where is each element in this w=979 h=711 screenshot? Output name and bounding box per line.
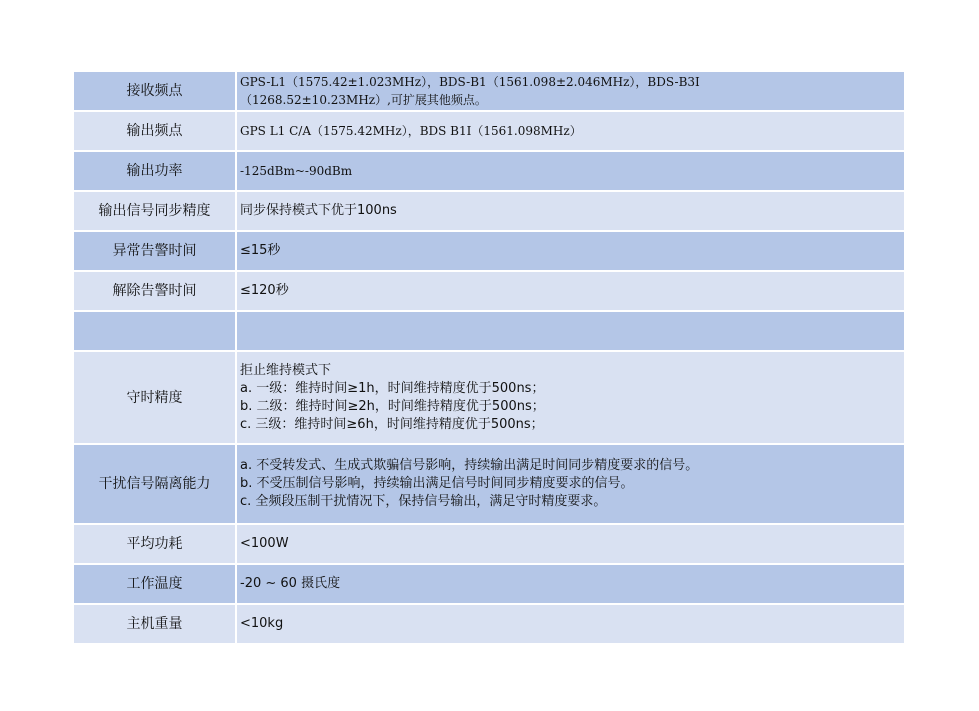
spec-value-line: a. 不受转发式、生成式欺骗信号影响，持续输出满足时间同步精度要求的信号。 [240,457,901,475]
spec-value-line: -20 ~ 60 摄氏度 [240,575,901,593]
spec-table: 接收频点 GPS-L1（1575.42±1.023MHz），BDS-B1（156… [72,70,906,645]
spec-label: 主机重量 [73,604,236,644]
spec-value-line: ≤120秒 [240,282,901,300]
spec-label: 干扰信号隔离能力 [73,444,236,524]
spec-value-line: ≤15秒 [240,242,901,260]
spec-value-line: 拒止维持模式下 [240,362,901,380]
spec-value: ≤15秒 [236,231,905,271]
spec-value-line: b. 不受压制信号影响，持续输出满足信号时间同步精度要求的信号。 [240,475,901,493]
table-row: 干扰信号隔离能力 a. 不受转发式、生成式欺骗信号影响，持续输出满足时间同步精度… [73,444,905,524]
spec-value: -125dBm~-90dBm [236,151,905,191]
spec-value [236,311,905,351]
spec-value-line: <10kg [240,615,901,633]
spec-label: 输出功率 [73,151,236,191]
table-row [73,311,905,351]
spec-label [73,311,236,351]
spec-value-line: <100W [240,535,901,553]
table-row: 输出功率 -125dBm~-90dBm [73,151,905,191]
spec-label: 守时精度 [73,351,236,444]
spec-value: 拒止维持模式下a. 一级：维持时间≥1h，时间维持精度优于500ns；b. 二级… [236,351,905,444]
spec-value-line: c. 全频段压制干扰情况下，保持信号输出，满足守时精度要求。 [240,493,901,511]
table-row: 接收频点 GPS-L1（1575.42±1.023MHz），BDS-B1（156… [73,71,905,111]
spec-value-line: GPS L1 C/A（1575.42MHz），BDS B1I（1561.098M… [240,122,901,140]
spec-value: a. 不受转发式、生成式欺骗信号影响，持续输出满足时间同步精度要求的信号。b. … [236,444,905,524]
table-row: 输出频点 GPS L1 C/A（1575.42MHz），BDS B1I（1561… [73,111,905,151]
table-row: 工作温度 -20 ~ 60 摄氏度 [73,564,905,604]
spec-value-line: 同步保持模式下优于100ns [240,202,901,220]
spec-value-line: b. 二级：维持时间≥2h，时间维持精度优于500ns； [240,398,901,416]
table-row: 主机重量 <10kg [73,604,905,644]
spec-value: GPS-L1（1575.42±1.023MHz），BDS-B1（1561.098… [236,71,905,111]
spec-label: 平均功耗 [73,524,236,564]
table-row: 输出信号同步精度 同步保持模式下优于100ns [73,191,905,231]
table-row: 异常告警时间 ≤15秒 [73,231,905,271]
spec-value-line: GPS-L1（1575.42±1.023MHz），BDS-B1（1561.098… [240,73,901,91]
spec-value-line: （1268.52±10.23MHz）,可扩展其他频点。 [240,91,901,109]
spec-label: 解除告警时间 [73,271,236,311]
spec-value: <100W [236,524,905,564]
spec-label: 输出信号同步精度 [73,191,236,231]
table-row: 守时精度 拒止维持模式下a. 一级：维持时间≥1h，时间维持精度优于500ns；… [73,351,905,444]
spec-value-line: c. 三级：维持时间≥6h，时间维持精度优于500ns； [240,416,901,434]
table-row: 平均功耗 <100W [73,524,905,564]
spec-value: -20 ~ 60 摄氏度 [236,564,905,604]
spec-value: 同步保持模式下优于100ns [236,191,905,231]
spec-table-body: 接收频点 GPS-L1（1575.42±1.023MHz），BDS-B1（156… [73,71,905,644]
spec-value-line: a. 一级：维持时间≥1h，时间维持精度优于500ns； [240,380,901,398]
spec-label: 异常告警时间 [73,231,236,271]
spec-value: ≤120秒 [236,271,905,311]
spec-label: 输出频点 [73,111,236,151]
spec-label: 接收频点 [73,71,236,111]
spec-value: GPS L1 C/A（1575.42MHz），BDS B1I（1561.098M… [236,111,905,151]
spec-value: <10kg [236,604,905,644]
spec-value-line: -125dBm~-90dBm [240,162,901,180]
table-row: 解除告警时间 ≤120秒 [73,271,905,311]
spec-label: 工作温度 [73,564,236,604]
